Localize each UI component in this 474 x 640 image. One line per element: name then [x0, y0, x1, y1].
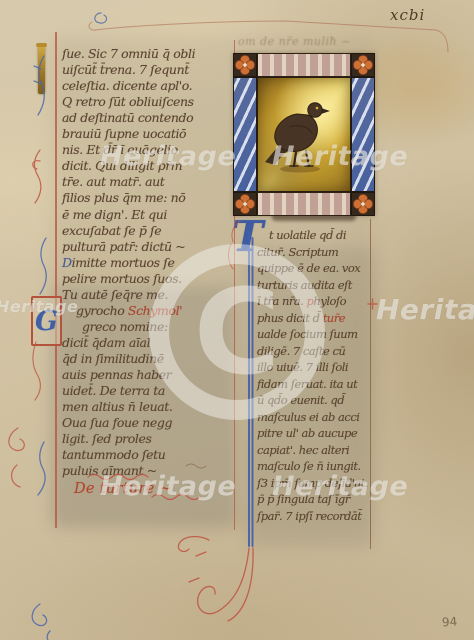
manuscript-line: diligē. 7 caſte cū	[257, 344, 345, 358]
manuscript-line: citur̄. Scriptum	[257, 245, 338, 259]
manuscript-line: p̄ p̄ ſingula taſ īgr̄	[257, 492, 350, 506]
manuscript-line: turturis audita eſt	[257, 278, 352, 292]
left-blue-cadel-3	[38, 442, 45, 495]
manuscript-line: Tu autē ſeq̄re me.	[62, 287, 168, 302]
manuscript-line: ſpar̄. 7 ipſī recordāt̄	[257, 509, 361, 523]
manuscript-line: uidet̄. De terra ta	[62, 383, 165, 398]
pencil-number: 94	[442, 614, 458, 629]
right-ruling-line	[370, 219, 371, 549]
manuscript-line: capiat'. hec alteri	[257, 443, 349, 457]
manuscript-line: maſculo ſe n̄ iungit.	[257, 459, 361, 473]
corner-flower-icon	[233, 192, 257, 216]
turtle-dove-icon	[258, 78, 348, 191]
topleft-blue-curl	[95, 13, 107, 23]
puzzle-filigree	[33, 342, 40, 400]
frame-top-bar	[257, 53, 351, 77]
manuscript-line: puluis aīmant ~	[62, 463, 157, 478]
manuscript-line: ī tr̄a nr̄a. phyloſo	[257, 294, 346, 308]
miniature-panel	[233, 53, 375, 216]
manuscript-line: fidam ſeruat. ita ut	[257, 377, 357, 391]
manuscript-line: nis. Et d̄r̄ ī euāgelio	[62, 142, 178, 157]
manuscript-line: ē me dign'. Et qui	[62, 207, 167, 222]
manuscript-line: ū qd̄o euenit. qd̄	[257, 393, 344, 407]
manuscript-line: brauiū ſupne uocatiō	[62, 126, 186, 141]
left-red-swirl	[9, 428, 24, 487]
frame-left-bar	[233, 77, 257, 192]
manuscript-line: quippe ē de ea. vox	[257, 261, 360, 275]
manuscript-line: ualde ſocium ſuum	[257, 327, 358, 341]
manuscript-line: t uolatile qd̄ di	[269, 228, 346, 242]
manuscript-line: ſ3 ipm̄ ſemp deſid'at.	[257, 476, 368, 490]
marginal-red-cross	[368, 299, 377, 309]
descender-red-loop	[178, 537, 253, 621]
heritage-watermark: Heritage	[376, 293, 474, 326]
manuscript-line: maſculus ei ab acci	[257, 410, 359, 424]
manuscript-line: men altius n̄ leuat.	[62, 399, 173, 414]
manuscript-line: excuſabat ſe p̄ ſe	[62, 223, 161, 238]
manuscript-line: Q retro ſūt obliuiſcens	[62, 94, 194, 109]
manuscript-line: phus dicit d̄ tur̄e	[257, 311, 345, 325]
frame-bottom-bar	[257, 192, 351, 216]
line-end-squiggle	[186, 464, 206, 468]
puzzle-initial: G	[31, 296, 62, 346]
frame-right-bar	[351, 77, 375, 192]
manuscript-line: tr̄e. aut matr̄. aut	[62, 174, 164, 189]
manuscript-line: ad deſtinatū contendo	[62, 110, 193, 125]
manuscript-line: Oua ſua foue negg	[62, 415, 172, 430]
bottomleft-blue-curls	[32, 604, 57, 640]
manuscript-line: tantummodo ſetu	[62, 447, 165, 462]
rubric-de-turture: De turture ~	[74, 481, 172, 497]
manuscript-line: ligit. ſed proles	[62, 431, 151, 446]
manuscript-line: pelire mortuos ſuos.	[62, 271, 182, 286]
gold-ground	[257, 77, 351, 192]
manuscript-line: greco nomine:	[82, 319, 168, 334]
gutter-blue-bar	[249, 232, 253, 546]
manuscript-line: ſue. Sic 7 omniū q̄ obli	[62, 46, 195, 61]
folio-number: xcbi	[390, 6, 425, 24]
manuscript-line: uiſcūt̄ t̄rena. 7 ſequnt̄	[62, 62, 189, 77]
corner-flower-icon	[351, 53, 375, 77]
manuscript-line: dicit. Qui diligit pr̄m	[62, 158, 182, 173]
manuscript-line: q̄d in ſimilitudinē	[62, 351, 164, 366]
manuscript-line: illo uiuē. 7 illi ſoli	[257, 360, 348, 374]
manuscript-line: filios plus q̄m me: nō	[62, 190, 185, 205]
puzzle-initial-letter: G	[35, 308, 58, 335]
manuscript-line: gyrocho Schymol'	[76, 303, 182, 318]
left-blue-cadel-2	[40, 238, 46, 294]
erased-header-text: om de nr̄e muliħ ~	[238, 35, 351, 48]
gold-i-initial	[38, 45, 45, 94]
manuscript-page: xcbi om de nr̄e muliħ ~ 94 G T ſue. Sic …	[0, 0, 474, 640]
manuscript-line: Dimitte mortuos ſe	[62, 255, 174, 270]
left-red-cadel-1	[33, 150, 41, 203]
manuscript-line: celeſtia. dicente apl'o.	[62, 78, 192, 93]
manuscript-line: dicit̄ q̄dam aīal	[62, 335, 150, 350]
manuscript-line: auis pennas haber	[62, 367, 171, 382]
left-ruling-line	[55, 32, 57, 528]
corner-flower-icon	[233, 53, 257, 77]
manuscript-line: pitre ul' ab aucupe	[257, 426, 357, 440]
corner-flower-icon	[351, 192, 375, 216]
manuscript-line: pulturā patr̄: dictū ~	[62, 239, 185, 254]
